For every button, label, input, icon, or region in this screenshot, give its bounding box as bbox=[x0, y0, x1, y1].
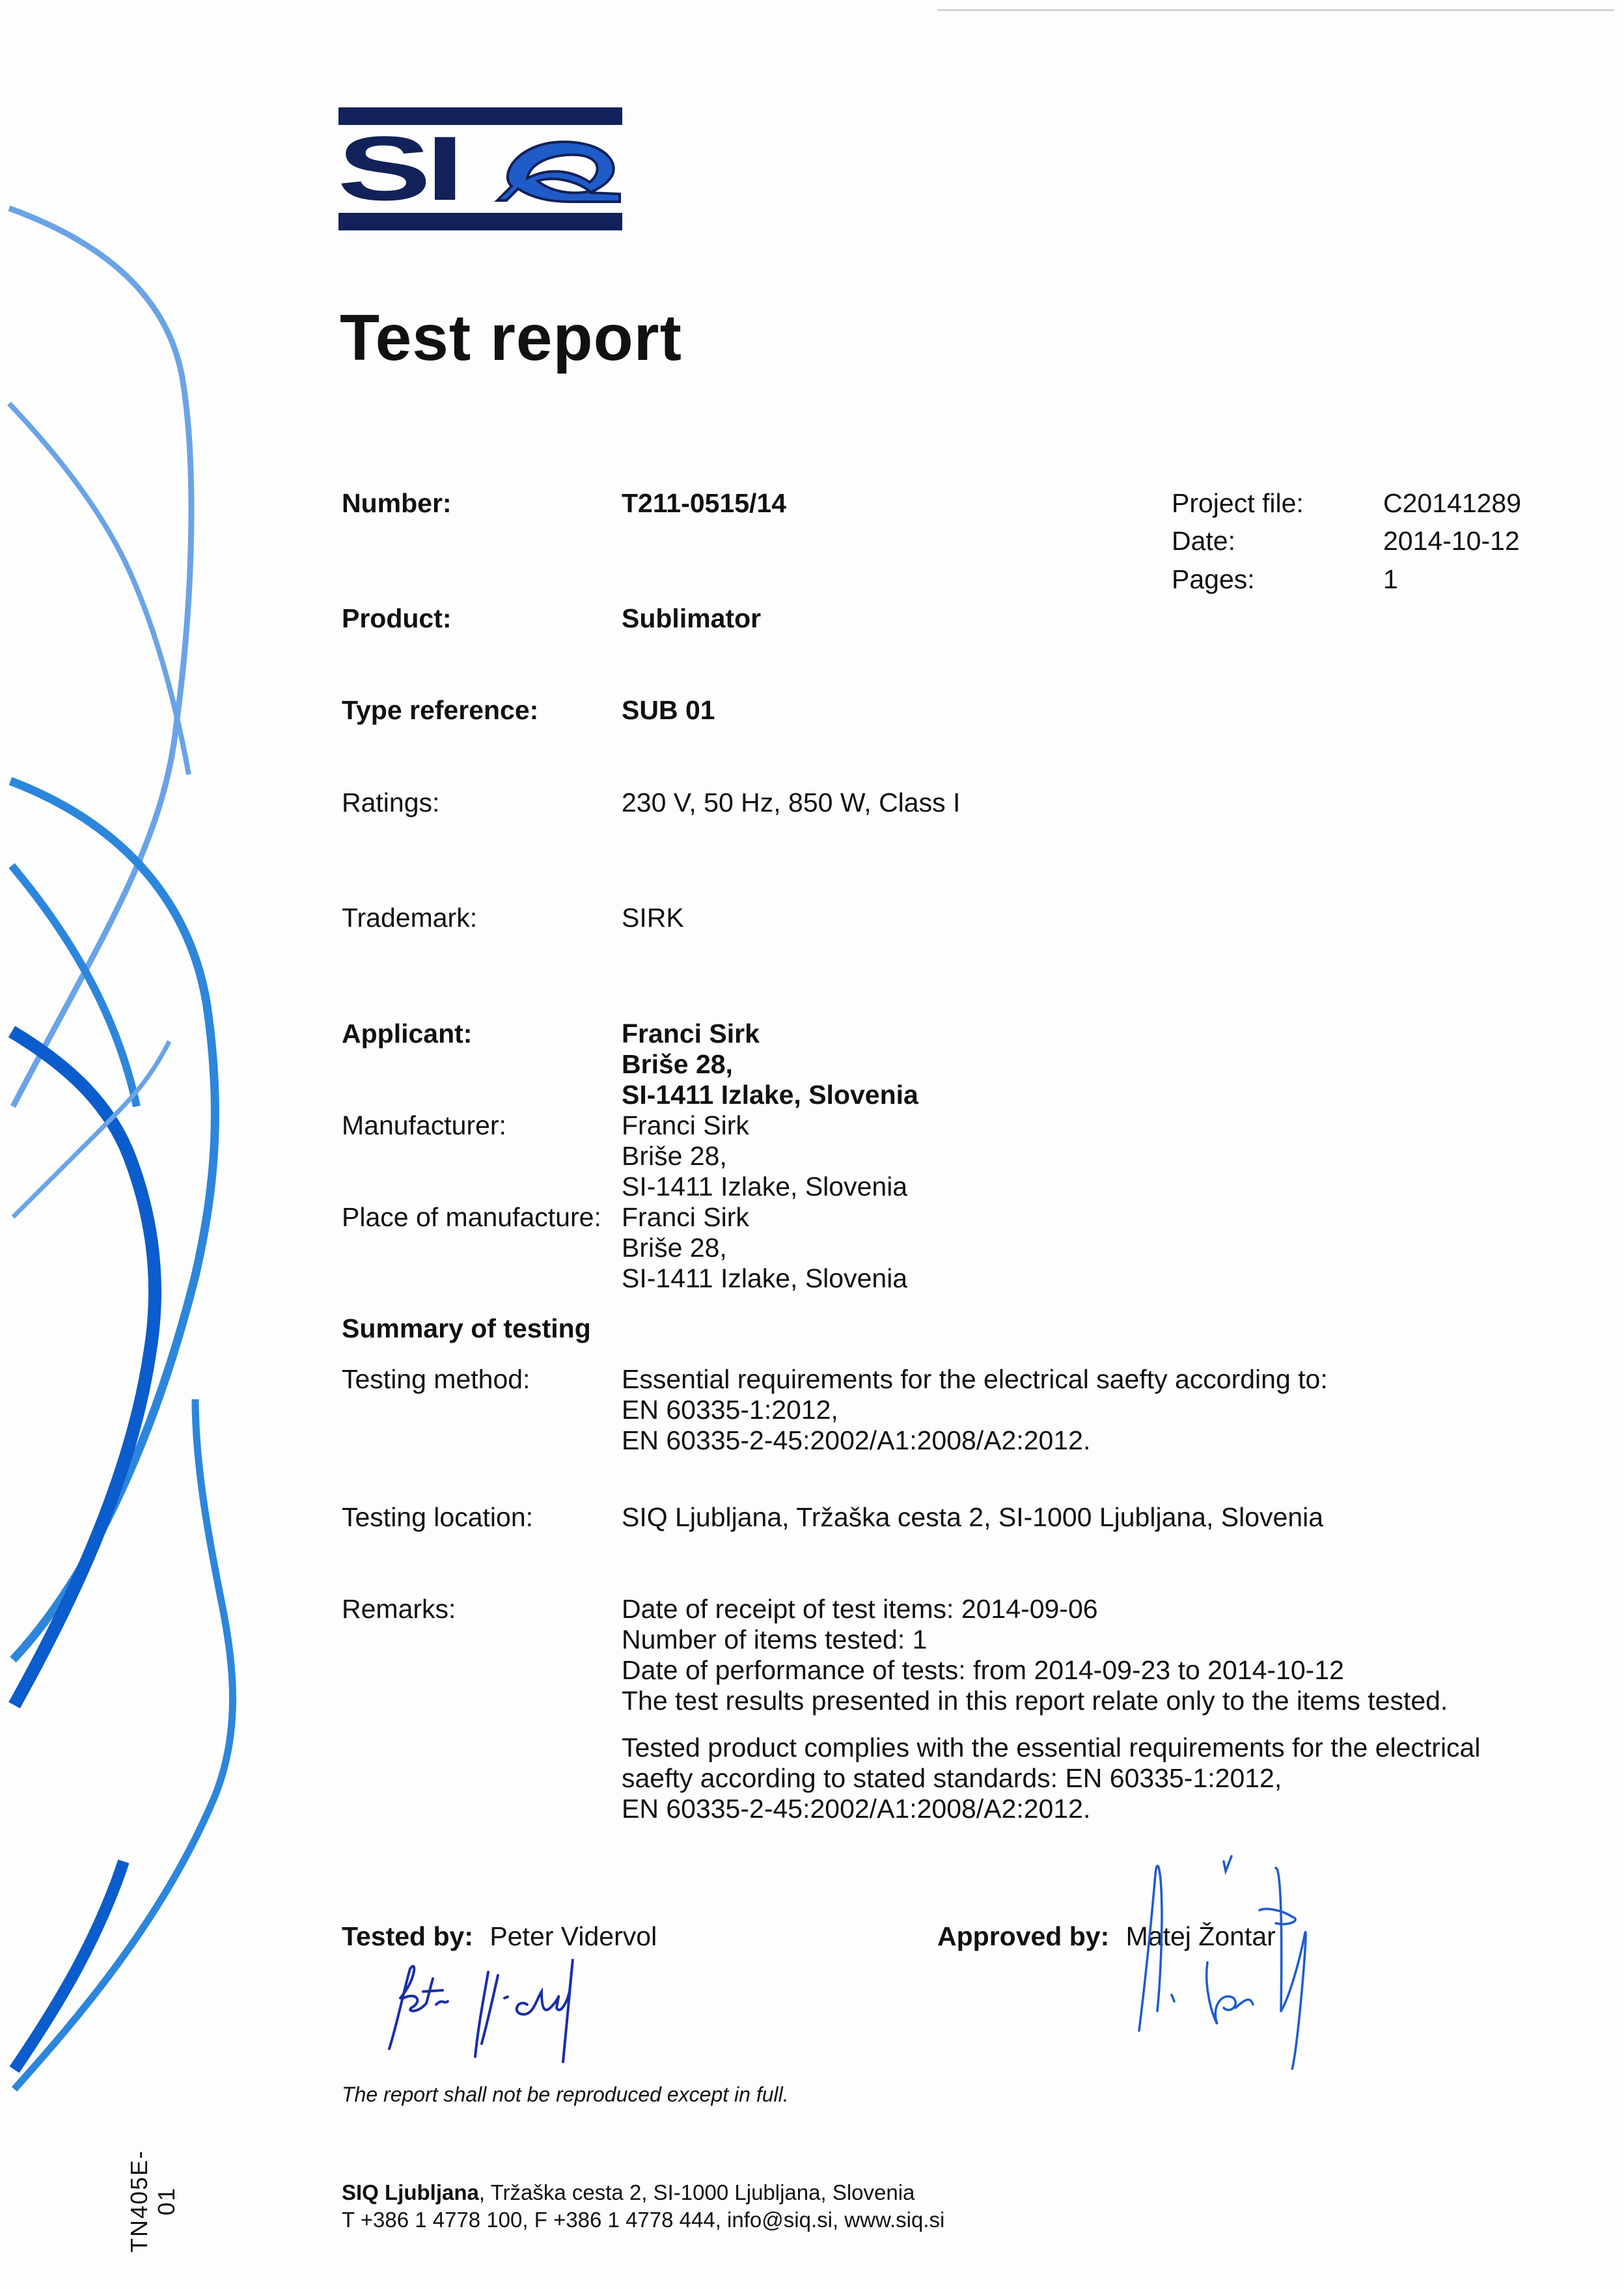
remarks-value: Date of receipt of test items: 2014-09-0… bbox=[622, 1594, 1448, 1716]
method-line: EN 60335-2-45:2002/A1:2008/A2:2012. bbox=[622, 1425, 1328, 1456]
pages-label: Pages: bbox=[1172, 564, 1255, 595]
summary-heading: Summary of testing bbox=[342, 1313, 591, 1344]
method-line: EN 60335-1:2012, bbox=[622, 1395, 1328, 1425]
footer-company: SIQ Ljubljana bbox=[342, 2180, 479, 2204]
footer-contact: T +386 1 4778 100, F +386 1 4778 444, in… bbox=[342, 2208, 944, 2232]
page-title: Test report bbox=[340, 301, 682, 376]
manufacturer-address: Franci Sirk Briše 28, SI-1411 Izlake, Sl… bbox=[622, 1110, 907, 1202]
applicant-line: Briše 28, bbox=[622, 1049, 918, 1080]
ratings-value: 230 V, 50 Hz, 850 W, Class I bbox=[622, 788, 960, 818]
place-line: Franci Sirk bbox=[622, 1202, 907, 1233]
testing-method-label: Testing method: bbox=[342, 1364, 530, 1395]
remark-line: Number of items tested: 1 bbox=[622, 1624, 1448, 1655]
date-label: Date: bbox=[1172, 526, 1235, 556]
manufacturer-label: Manufacturer: bbox=[342, 1110, 506, 1141]
conclusion-line: saefty according to stated standards: EN… bbox=[622, 1763, 1480, 1794]
footer-address: SIQ Ljubljana, Tržaška cesta 2, SI-1000 … bbox=[342, 2180, 915, 2205]
remark-line: Date of receipt of test items: 2014-09-0… bbox=[622, 1594, 1448, 1624]
testing-location-value: SIQ Ljubljana, Tržaška cesta 2, SI-1000 … bbox=[622, 1502, 1323, 1533]
footer-street: , Tržaška cesta 2, SI-1000 Ljubljana, Sl… bbox=[479, 2180, 915, 2204]
approver-signature-icon bbox=[1120, 1848, 1367, 2070]
remark-line: The test results presented in this repor… bbox=[622, 1686, 1448, 1716]
place-line: Briše 28, bbox=[622, 1233, 907, 1263]
logo-letters: SI bbox=[337, 130, 458, 208]
tested-by-name: Peter Vidervol bbox=[489, 1921, 657, 1951]
manufacturer-line: Briše 28, bbox=[622, 1141, 907, 1172]
type-reference-label: Type reference: bbox=[342, 695, 538, 726]
place-of-manufacture-label: Place of manufacture: bbox=[342, 1202, 601, 1233]
type-reference-value: SUB 01 bbox=[622, 695, 715, 726]
place-of-manufacture-address: Franci Sirk Briše 28, SI-1411 Izlake, Sl… bbox=[622, 1202, 907, 1294]
date-value: 2014-10-12 bbox=[1383, 526, 1520, 556]
ratings-label: Ratings: bbox=[342, 788, 439, 818]
applicant-line: SI-1411 Izlake, Slovenia bbox=[622, 1080, 918, 1110]
conclusion-line: Tested product complies with the essenti… bbox=[622, 1733, 1480, 1763]
reproduction-notice: The report shall not be reproduced excep… bbox=[342, 2083, 789, 2107]
form-code: TN405E-01 bbox=[126, 2139, 180, 2263]
number-label: Number: bbox=[342, 488, 452, 519]
remark-line: Date of performance of tests: from 2014-… bbox=[622, 1655, 1448, 1686]
method-line: Essential requirements for the electrica… bbox=[622, 1364, 1328, 1395]
trademark-label: Trademark: bbox=[342, 903, 477, 933]
conclusion-line: EN 60335-2-45:2002/A1:2008/A2:2012. bbox=[622, 1794, 1480, 1824]
remarks-label: Remarks: bbox=[342, 1594, 456, 1624]
product-label: Product: bbox=[342, 603, 452, 634]
place-line: SI-1411 Izlake, Slovenia bbox=[622, 1263, 907, 1294]
testing-location-label: Testing location: bbox=[342, 1502, 533, 1533]
manufacturer-line: SI-1411 Izlake, Slovenia bbox=[622, 1172, 907, 1202]
applicant-label: Applicant: bbox=[342, 1019, 472, 1049]
number-value: T211-0515/14 bbox=[622, 488, 786, 519]
logo-bottom-bar bbox=[338, 213, 622, 230]
project-file-label: Project file: bbox=[1172, 488, 1304, 519]
siq-logo: SI bbox=[338, 106, 622, 231]
product-value: Sublimator bbox=[622, 603, 761, 634]
pages-value: 1 bbox=[1383, 564, 1398, 595]
conclusion: Tested product complies with the essenti… bbox=[622, 1733, 1480, 1824]
tested-by: Tested by: Peter Vidervol bbox=[342, 1921, 657, 1952]
scan-edge-line bbox=[937, 9, 1614, 11]
logo-q-icon bbox=[492, 135, 622, 206]
tested-by-label: Tested by: bbox=[342, 1921, 473, 1951]
trademark-value: SIRK bbox=[622, 903, 684, 933]
manufacturer-line: Franci Sirk bbox=[622, 1110, 907, 1141]
approved-by-label: Approved by: bbox=[937, 1921, 1109, 1951]
applicant-address: Franci Sirk Briše 28, SI-1411 Izlake, Sl… bbox=[622, 1019, 918, 1110]
project-file-value: C20141289 bbox=[1383, 488, 1521, 519]
testing-method-value: Essential requirements for the electrica… bbox=[622, 1364, 1328, 1456]
applicant-line: Franci Sirk bbox=[622, 1019, 918, 1049]
tester-signature-icon bbox=[371, 1953, 618, 2063]
